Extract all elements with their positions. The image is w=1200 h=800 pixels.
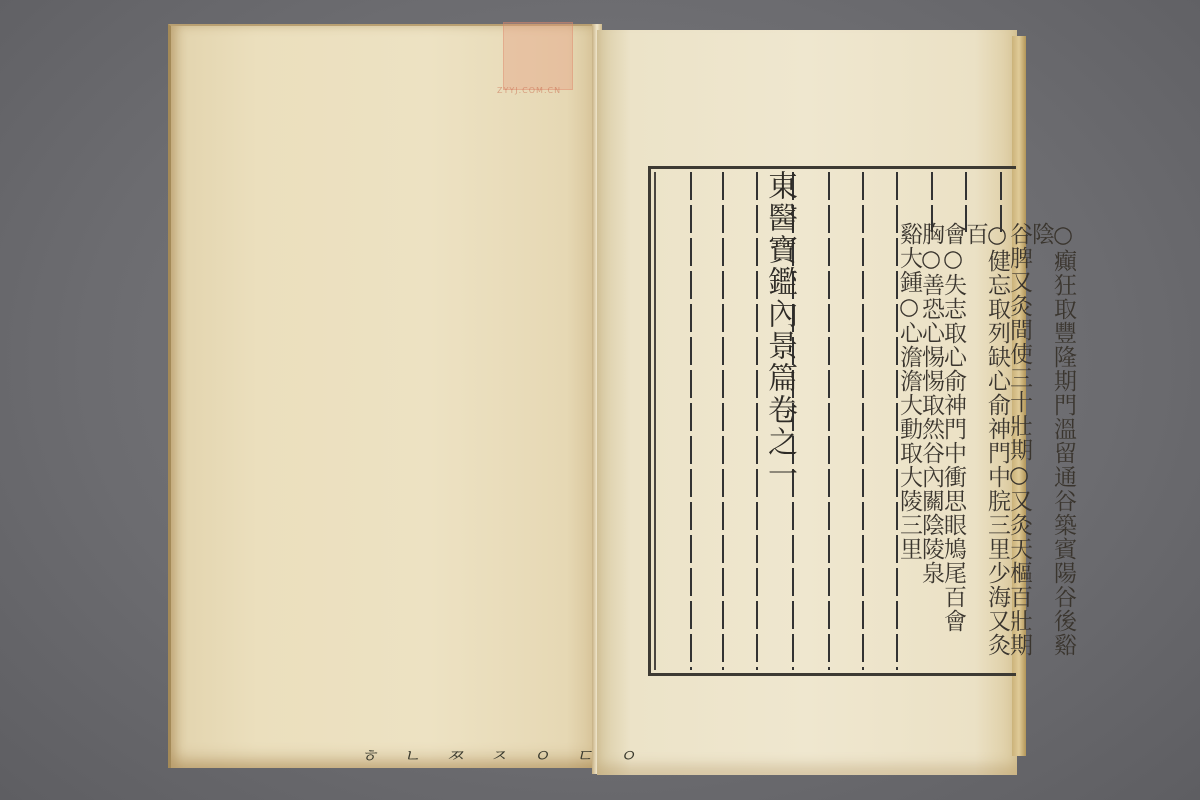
column-rule [690, 172, 692, 670]
watermark-text: ZYYJ.COM.CN [497, 86, 561, 95]
text-column: 谿大鍾○心澹澹大動取大陵三里 [898, 222, 920, 662]
column-rule [828, 172, 830, 670]
handwritten-note: ㅎ ㄴ ㅉ ㅈ ㅇ ㄷ ㅇ [360, 742, 646, 768]
text-column: 胸○善恐心惕惕取然谷內關陰陵泉 [920, 222, 942, 662]
body-text: ○癲狂取豐隆期門溫留通谷築賓陽谷後谿陰 谷脾又灸間使三十壯期○又灸天樞百壯期 ○… [898, 222, 1074, 662]
text-column: 會○失志取心俞神門中衝思眼鳩尾百會 [942, 222, 964, 662]
text-column: ○健忘取列缺心俞神門中脘三里少海又灸百 [964, 222, 1008, 662]
watermark-stamp [503, 22, 573, 90]
left-page [168, 24, 601, 768]
open-book-photo: ZYYJ.COM.CN 東醫寶鑑內景篇卷之一 ○癲狂取豐隆期門溫留通谷築賓陽谷後… [0, 0, 1200, 800]
text-column: 谷脾又灸間使三十壯期○又灸天樞百壯期 [1008, 222, 1030, 662]
frame-inner-border [654, 172, 656, 670]
text-column: ○癲狂取豐隆期門溫留通谷築賓陽谷後谿陰 [1030, 222, 1074, 662]
volume-title: 東醫寶鑑內景篇卷之一 [758, 170, 798, 490]
column-rule [862, 172, 864, 670]
column-rule [722, 172, 724, 670]
